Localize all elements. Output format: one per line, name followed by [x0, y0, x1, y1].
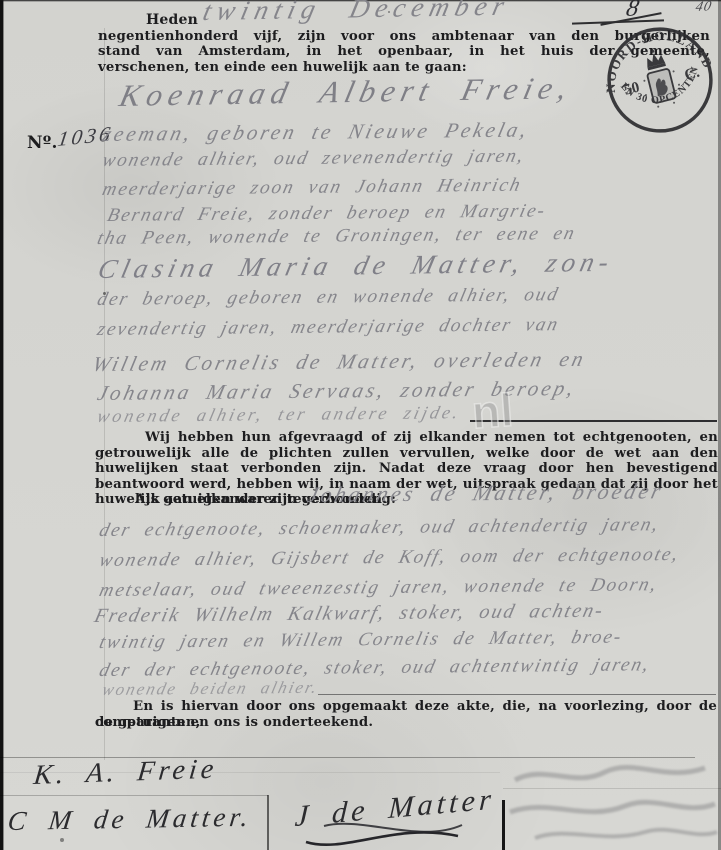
bleedthrough-marks	[505, 752, 721, 850]
handwritten-date: twintig December	[200, 0, 513, 27]
handwritten-line: zevendertig jaren, meerderjarige dochter…	[95, 314, 562, 341]
stamp-crown-icon	[644, 48, 666, 71]
witness-line: wonende alhier, Gijsbert de Koff, oom de…	[97, 544, 682, 572]
corner-mark-40: 40	[694, 0, 713, 16]
handwritten-line: wonende alhier, oud zevenendertig jaren,	[100, 146, 527, 172]
witness-line: wonende beiden alhier.	[100, 678, 321, 700]
scan-speck	[103, 292, 106, 295]
handwritten-line: wonende alhier, ter andere zijde.	[95, 402, 463, 427]
witness-line: metselaar, oud tweeenzestig jaren, wonen…	[97, 574, 660, 602]
handwritten-line: Willem Cornelis de Matter, overleden en	[90, 347, 589, 377]
watermark-fragment: nl	[470, 383, 515, 440]
witness-line: der echtgenoote, schoenmaker, oud achten…	[97, 514, 662, 542]
handwritten-line: meerderjarige zoon van Johann Heinrich	[100, 175, 524, 201]
scan-edge-left	[0, 0, 4, 850]
column-divider-left	[267, 795, 269, 850]
signature-flourish	[300, 812, 480, 850]
signature-groom: K. A. Freie	[32, 754, 219, 792]
witness-line: twintig jaren en Willem Cornelis de Matt…	[97, 627, 625, 654]
handwritten-line: der beroep, geboren en wonende alhier, o…	[95, 284, 562, 311]
handwritten-line: Koenraad Albert Freie,	[116, 70, 576, 114]
document-page: Nº. 1036 Heden twintig December negentie…	[0, 0, 721, 850]
witness-line: der der echtgenoote, stoker, oud achtent…	[97, 654, 653, 682]
heden-label: Heden	[146, 13, 198, 29]
scan-speck	[60, 838, 64, 842]
closing-line: de getuigen en ons is onderteekend.	[95, 715, 373, 731]
scan-speck	[388, 11, 390, 13]
handwritten-line: tha Peen, wonende te Groningen, ter eene…	[95, 223, 578, 250]
ledger-line-left	[0, 795, 268, 796]
witness-line: Johannes de Matter, broeder	[305, 478, 666, 508]
witness-separator-line	[318, 694, 716, 695]
handwritten-line: zeeman, geboren te Nieuwe Pekela,	[100, 118, 532, 147]
signature-bride: C M de Matter.	[6, 802, 254, 837]
witness-line: Frederik Wilhelm Kalkwarf, stoker, oud a…	[92, 600, 607, 628]
act-number-prefix: Nº.	[27, 136, 58, 152]
handwritten-line: Clasina Maria de Matter, zon-	[95, 247, 617, 285]
stamp-value-c: C.	[683, 64, 702, 84]
handwritten-line: Bernard Freie, zonder beroep en Margrie-	[105, 200, 549, 227]
